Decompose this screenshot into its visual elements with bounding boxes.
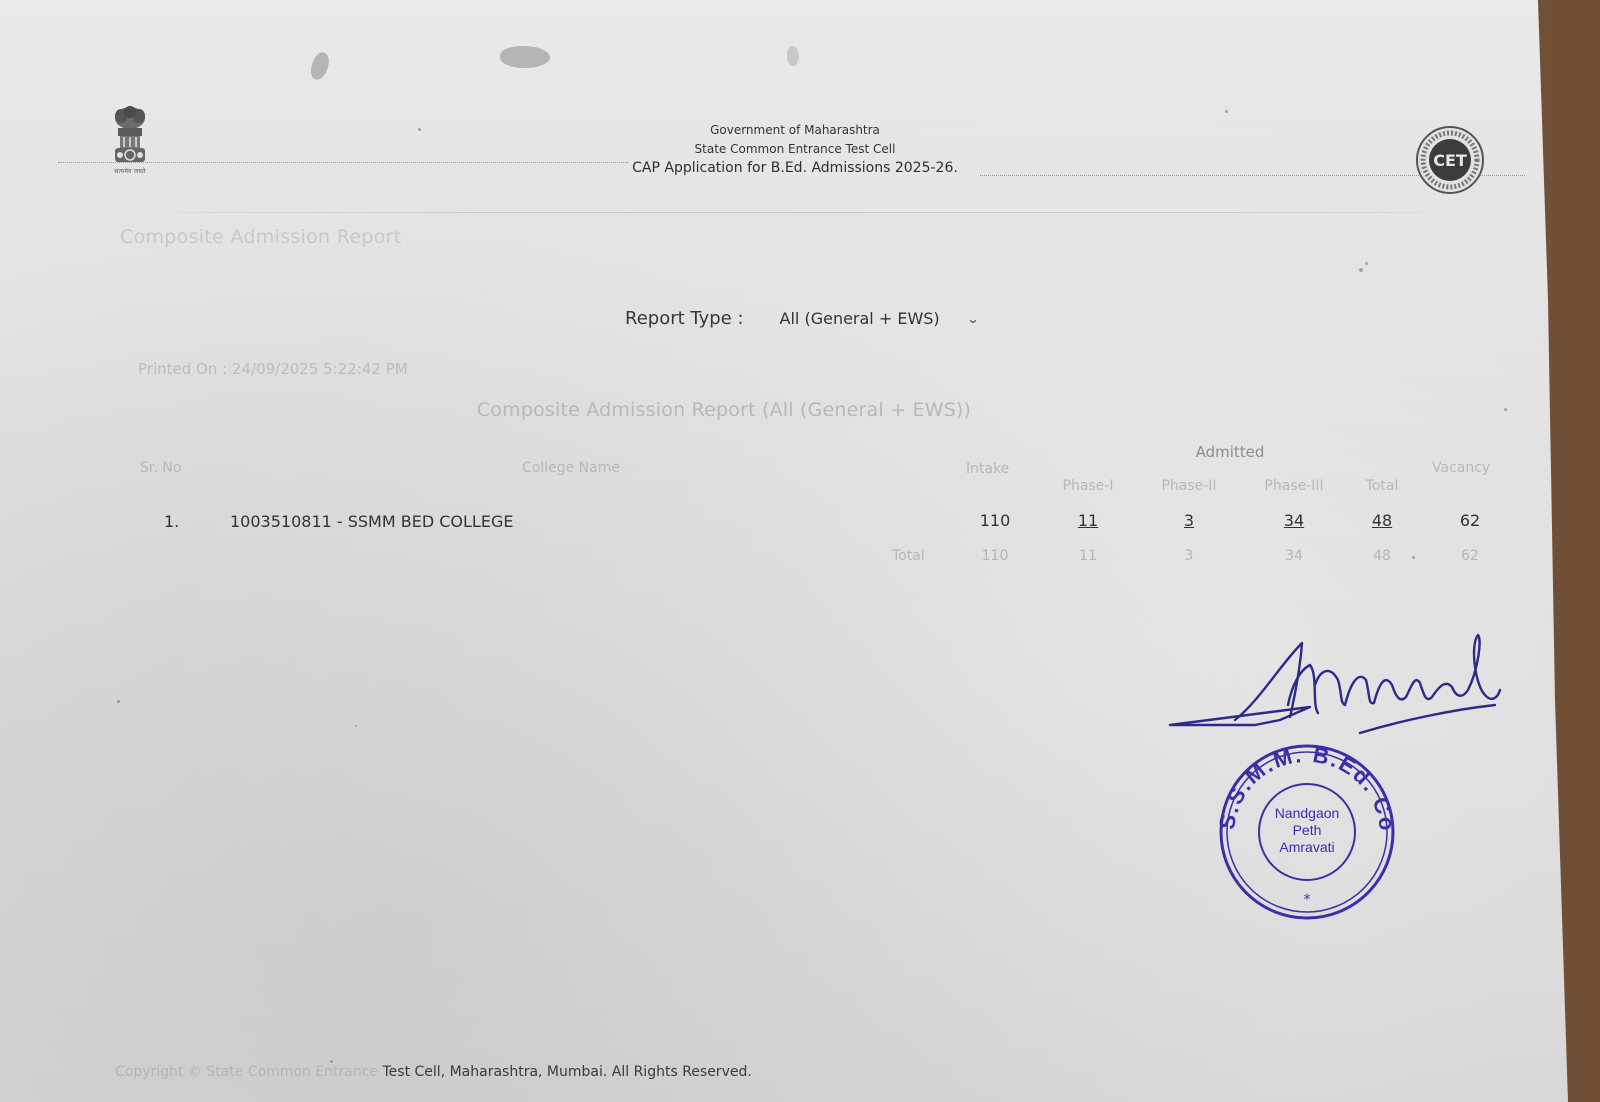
header-phase-3: Phase-III	[1264, 478, 1323, 494]
svg-text:*: *	[1304, 892, 1311, 908]
application-title: CAP Application for B.Ed. Admissions 202…	[560, 159, 1030, 178]
header-sr-no: Sr. No	[140, 460, 181, 476]
faint-page-title: Composite Admission Report	[120, 226, 402, 248]
header-phase-2: Phase-II	[1161, 478, 1216, 494]
row-vacancy: 62	[1460, 511, 1480, 530]
header-phase-1: Phase-I	[1063, 478, 1114, 494]
speck	[355, 725, 357, 727]
total-vacancy: 62	[1461, 548, 1479, 564]
report-type-label: Report Type :	[625, 308, 744, 329]
ink-smudge	[500, 46, 550, 68]
speck	[117, 700, 120, 703]
total-total: 48	[1373, 548, 1391, 564]
header-vacancy: Vacancy	[1432, 460, 1490, 476]
header-total: Total	[1366, 478, 1399, 494]
state-emblem: सत्यमेव जयते	[104, 104, 156, 178]
speck	[1412, 556, 1415, 559]
printed-on-timestamp: Printed On : 24/09/2025 5:22:42 PM	[138, 360, 408, 378]
speck	[330, 1060, 333, 1063]
report-type-filter: Report Type : All (General + EWS) ⌄	[625, 308, 978, 329]
header-text: Government of Maharashtra State Common E…	[560, 121, 1030, 178]
row-total-link[interactable]: 48	[1372, 511, 1392, 530]
total-phase-2: 3	[1185, 548, 1194, 564]
footer-visible-text: Test Cell, Maharashtra, Mumbai. All Righ…	[383, 1064, 752, 1080]
footer-faded-text: Copyright © State Common Entrance	[115, 1064, 378, 1080]
cell-name: State Common Entrance Test Cell	[560, 140, 1030, 159]
chevron-down-icon: ⌄	[966, 312, 979, 326]
header-college-name: College Name	[522, 460, 620, 476]
svg-text:Amravati: Amravati	[1279, 839, 1334, 855]
row-intake: 110	[980, 511, 1011, 530]
header-admitted: Admitted	[1196, 443, 1265, 461]
speck	[418, 128, 421, 131]
printed-report-sheet: सत्यमेव जयते Government of Maharashtra S…	[0, 0, 1568, 1102]
college-stamp: S.S.M.M. B.Ed. College Nandgaon Peth Amr…	[1212, 740, 1402, 920]
cet-logo-icon: CET	[1414, 124, 1486, 196]
header-intake: Intake	[966, 461, 1009, 477]
report-type-value: All (General + EWS)	[780, 309, 940, 328]
row-sr-no: 1.	[164, 512, 179, 531]
svg-text:Nandgaon: Nandgaon	[1275, 805, 1340, 821]
total-phase-1: 11	[1079, 548, 1097, 564]
ink-smudge	[787, 46, 799, 66]
footer-copyright: Copyright © State Common Entrance Test C…	[115, 1064, 752, 1080]
total-intake: 110	[982, 548, 1009, 564]
svg-text:CET: CET	[1433, 151, 1467, 170]
svg-text:Peth: Peth	[1293, 822, 1322, 838]
total-phase-3: 34	[1285, 548, 1303, 564]
ashoka-emblem-icon	[107, 104, 153, 166]
section-divider	[55, 212, 1505, 213]
speck	[1365, 262, 1368, 265]
ink-smudge	[308, 50, 333, 82]
row-phase-3-link[interactable]: 34	[1284, 511, 1304, 530]
report-title: Composite Admission Report (All (General…	[0, 399, 1568, 421]
total-label: Total	[892, 548, 925, 564]
handwritten-signature	[1160, 625, 1505, 735]
emblem-motto: सत्यमेव जयते	[114, 167, 145, 175]
header-rule-left	[58, 162, 628, 163]
row-college-name: 1003510811 - SSMM BED COLLEGE	[230, 512, 513, 531]
speck	[1359, 268, 1363, 272]
report-type-dropdown[interactable]: All (General + EWS) ⌄	[780, 309, 978, 328]
speck	[1225, 110, 1228, 113]
row-phase-2-link[interactable]: 3	[1184, 511, 1194, 530]
government-name: Government of Maharashtra	[560, 121, 1030, 140]
row-phase-1-link[interactable]: 11	[1078, 511, 1098, 530]
